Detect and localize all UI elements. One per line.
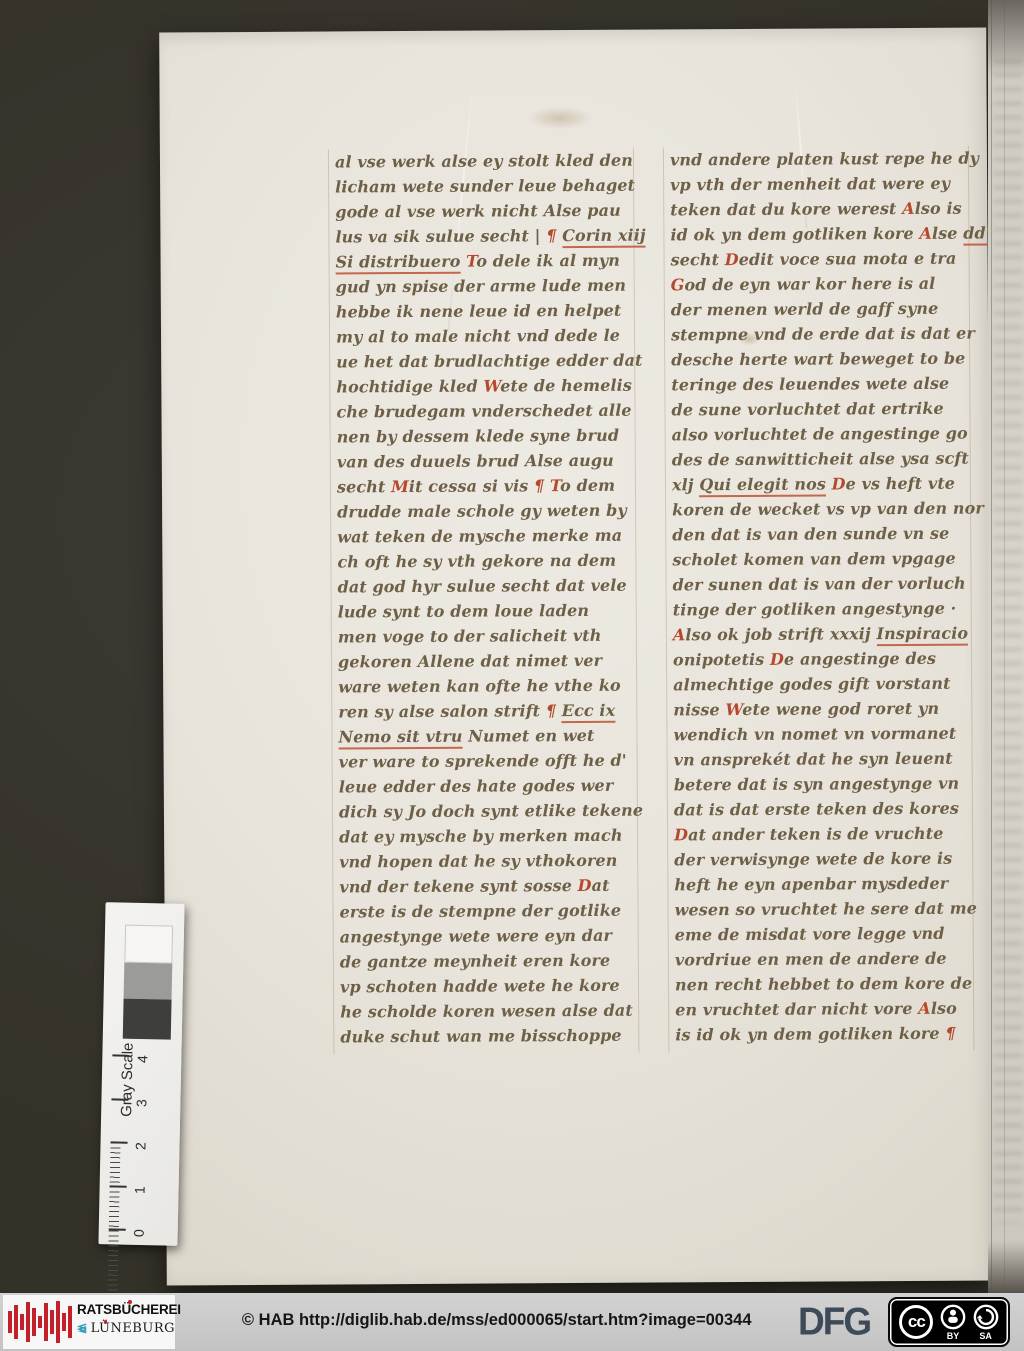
cc-by-item: BY bbox=[940, 1304, 966, 1341]
manuscript-line: ver ware to sprekende offt he d' bbox=[339, 748, 631, 775]
manuscript-line: vnd andere platen kust repe he dy bbox=[670, 146, 962, 173]
bleedthrough-text bbox=[994, 60, 1022, 1223]
manuscript-line: he scholde koren wesen alse dat bbox=[340, 998, 632, 1025]
manuscript-line: scholet komen van dem vpgage bbox=[672, 546, 964, 573]
manuscript-line: leue edder des hate godes wer bbox=[339, 773, 631, 800]
library-logo: RATSBÜCHEREI LÜNEBURG bbox=[3, 1295, 175, 1349]
manuscript-line: erste is de stempne der gotlike bbox=[339, 898, 631, 925]
manuscript-line: van des duuels brud Alse augu bbox=[337, 448, 629, 475]
manuscript-line: lus va sik sulue secht | ¶ Corin xiij bbox=[335, 223, 627, 250]
manuscript-line: vordriue en men de andere de bbox=[675, 946, 967, 973]
library-name-line2: LÜNEBURG bbox=[91, 1321, 175, 1336]
ruler-tick-number: 2 bbox=[132, 1136, 146, 1150]
manuscript-line: betere dat is syn angestynge vn bbox=[674, 771, 966, 798]
cc-sa-item: SA bbox=[973, 1304, 999, 1341]
manuscript-line: vnd hopen dat he sy vthokoren bbox=[339, 848, 631, 875]
manuscript-line: ware weten kan ofte he vthe ko bbox=[338, 673, 630, 700]
manuscript-line: gekoren Allene dat nimet ver bbox=[338, 648, 630, 675]
manuscript-line: dich sy Jo doch synt etlike tekene bbox=[339, 798, 631, 825]
creative-commons-badge: cc BY SA bbox=[888, 1297, 1010, 1347]
manuscript-line: secht Dedit voce sua mota e tra bbox=[671, 246, 963, 273]
library-name: RATSBÜCHEREI LÜNEBURG bbox=[77, 1302, 175, 1336]
manuscript-line: angestynge wete were eyn dar bbox=[340, 923, 632, 950]
manuscript-line: Nemo sit vtru Numet en wet bbox=[338, 723, 630, 750]
ruler-major-tick bbox=[109, 1228, 126, 1230]
ruler-tick-number: 1 bbox=[131, 1179, 145, 1193]
manuscript-line: nisse Wete wene god roret yn bbox=[673, 696, 965, 723]
manuscript-line: teringe des leuendes wete alse bbox=[671, 371, 963, 398]
leaf-edge-line bbox=[991, 0, 992, 1293]
manuscript-line: wat teken de mysche merke ma bbox=[337, 523, 629, 550]
manuscript-line: der sunen dat is van der vorluch bbox=[672, 571, 964, 598]
manuscript-line: xlj Qui elegit nos De vs heft vte bbox=[672, 471, 964, 498]
manuscript-line: licham wete sunder leue behaget bbox=[335, 173, 627, 200]
manuscript-line: hochtidige kled Wete de hemelis bbox=[336, 373, 628, 400]
manuscript-line: ue het dat brudlachtige edder dat bbox=[336, 348, 628, 375]
manuscript-line: men voge to der salicheit vth bbox=[338, 623, 630, 650]
ruler-major-tick bbox=[110, 1185, 127, 1187]
manuscript-line: koren de wecket vs vp van den nor bbox=[672, 496, 964, 523]
gray-scale-card: Gray Scale 43210 bbox=[98, 902, 184, 1246]
manuscript-line: dat ey mysche by merken mach bbox=[339, 823, 631, 850]
gray-scale-label: Gray Scale bbox=[118, 1015, 139, 1145]
gray-patch-white bbox=[124, 925, 173, 964]
manuscript-line: almechtige godes gift vorstant bbox=[673, 671, 965, 698]
manuscript-line: ch oft he sy vth gekore na dem bbox=[337, 548, 629, 575]
cc-logo-icon: cc bbox=[899, 1305, 933, 1339]
manuscript-line: hebbe ik nene leue id en helpet bbox=[336, 298, 628, 325]
ruler-tick-number: 4 bbox=[134, 1049, 148, 1063]
manuscript-line: Dat ander teken is de vruchte bbox=[674, 821, 966, 848]
manuscript-line: de gantze meynheit eren kore bbox=[340, 948, 632, 975]
manuscript-line: ren sy alse salon strift ¶ Ecc ix bbox=[338, 698, 630, 725]
manuscript-line: dat god hyr sulue secht dat vele bbox=[337, 573, 629, 600]
lueneburg-wave-icon bbox=[77, 1321, 88, 1336]
manuscript-line: heft he eyn apenbar mysdeder bbox=[674, 871, 966, 898]
manuscript-line: gud yn spise der arme lude men bbox=[336, 273, 628, 300]
manuscript-line: tinge der gotliken angestynge · bbox=[673, 596, 965, 623]
ratsbuecherei-bars-icon bbox=[8, 1301, 72, 1343]
manuscript-line: eme de misdat vore legge vnd bbox=[675, 921, 967, 948]
manuscript-page: al vse werk alse ey stolt kled denlicham… bbox=[159, 27, 994, 1285]
manuscript-line: de sune vorluchtet dat ertrike bbox=[671, 396, 963, 423]
cc-sa-label: SA bbox=[979, 1331, 992, 1341]
manuscript-line: also vorluchtet de angestinge go bbox=[672, 421, 964, 448]
manuscript-line: gode al vse werk nicht Alse pau bbox=[335, 198, 627, 225]
manuscript-line: dat is dat erste teken des kores bbox=[674, 796, 966, 823]
manuscript-line: desche herte wart beweget to be bbox=[671, 346, 963, 373]
manuscript-line: id ok yn dem gotliken kore Alse dd' bbox=[670, 221, 962, 248]
footer-bar: RATSBÜCHEREI LÜNEBURG © HAB http://digli… bbox=[0, 1293, 1024, 1351]
manuscript-line: my al to male nicht vnd dede le bbox=[336, 323, 628, 350]
book-fore-edge bbox=[988, 0, 1024, 1293]
manuscript-photo: al vse werk alse ey stolt kled denlicham… bbox=[0, 0, 1024, 1293]
manuscript-line: vp schoten hadde wete he kore bbox=[340, 973, 632, 1000]
manuscript-line: secht Mit cessa si vis ¶ To dem bbox=[337, 473, 629, 500]
manuscript-line: vn ansprekét dat he syn leuent bbox=[674, 746, 966, 773]
red-umlaut-dot bbox=[104, 1320, 108, 1324]
manuscript-line: onipotetis De angestinge des bbox=[673, 646, 965, 673]
ruler-major-tick bbox=[112, 1054, 129, 1056]
share-alike-arrow-icon bbox=[973, 1304, 999, 1330]
manuscript-line: lude synt to dem loue laden bbox=[338, 598, 630, 625]
manuscript-line: teken dat du kore werest Also is bbox=[670, 196, 962, 223]
manuscript-line: der verwisynge wete de kore is bbox=[674, 846, 966, 873]
manuscript-line: Also ok job strift xxxij Inspiracio bbox=[673, 621, 965, 648]
manuscript-line: Si distribuero To dele ik al myn bbox=[336, 248, 628, 275]
manuscript-line: duke schut wan me bisschoppe bbox=[340, 1023, 632, 1050]
manuscript-column-left: al vse werk alse ey stolt kled denlicham… bbox=[328, 148, 640, 1055]
manuscript-line: drudde male schole gy weten by bbox=[337, 498, 629, 525]
gray-patch-mid bbox=[124, 963, 173, 1000]
manuscript-line: nen by dessem klede syne brud bbox=[337, 423, 629, 450]
manuscript-line: stempne vnd de erde dat is dat er bbox=[671, 321, 963, 348]
manuscript-line: is id ok yn dem gotliken kore ¶ bbox=[675, 1021, 967, 1048]
manuscript-line: den dat is van den sunde vn se bbox=[672, 521, 964, 548]
cc-by-label: BY bbox=[947, 1331, 960, 1341]
manuscript-line: wesen so vruchtet he sere dat me bbox=[674, 896, 966, 923]
manuscript-line: che brudegam vnderschedet alle bbox=[336, 398, 628, 425]
red-umlaut-dot bbox=[128, 1300, 132, 1304]
copyright-url-text: © HAB http://diglib.hab.de/mss/ed000065/… bbox=[242, 1311, 752, 1330]
ruler-tick-number: 0 bbox=[131, 1223, 145, 1237]
dfg-logo: DFG bbox=[798, 1300, 870, 1344]
attribution-person-icon bbox=[940, 1304, 966, 1330]
manuscript-line: God de eyn war kor here is al bbox=[671, 271, 963, 298]
manuscript-line: al vse werk alse ey stolt kled den bbox=[335, 148, 627, 175]
manuscript-line: en vruchtet dar nicht vore Also bbox=[675, 996, 967, 1023]
ruler-minor-ticks bbox=[106, 1142, 120, 1293]
manuscript-line: des de sanwitticheit alse ysa scft bbox=[672, 446, 964, 473]
manuscript-line: vnd der tekene synt sosse Dat bbox=[339, 873, 631, 900]
ruler-major-tick bbox=[111, 1141, 128, 1143]
ruler-major-tick bbox=[111, 1098, 128, 1100]
manuscript-line: nen recht hebbet to dem kore de bbox=[675, 971, 967, 998]
manuscript-line: vp vth der menheit dat were ey bbox=[670, 171, 962, 198]
ruler-tick-number: 3 bbox=[133, 1092, 147, 1106]
manuscript-column-right: vnd andere platen kust repe he dyvp vth … bbox=[663, 146, 975, 1053]
library-name-line1: RATSBÜCHEREI bbox=[77, 1302, 175, 1317]
manuscript-line: wendich vn nomet vn vormanet bbox=[673, 721, 965, 748]
manuscript-line: der menen werld de gaff syne bbox=[671, 296, 963, 323]
